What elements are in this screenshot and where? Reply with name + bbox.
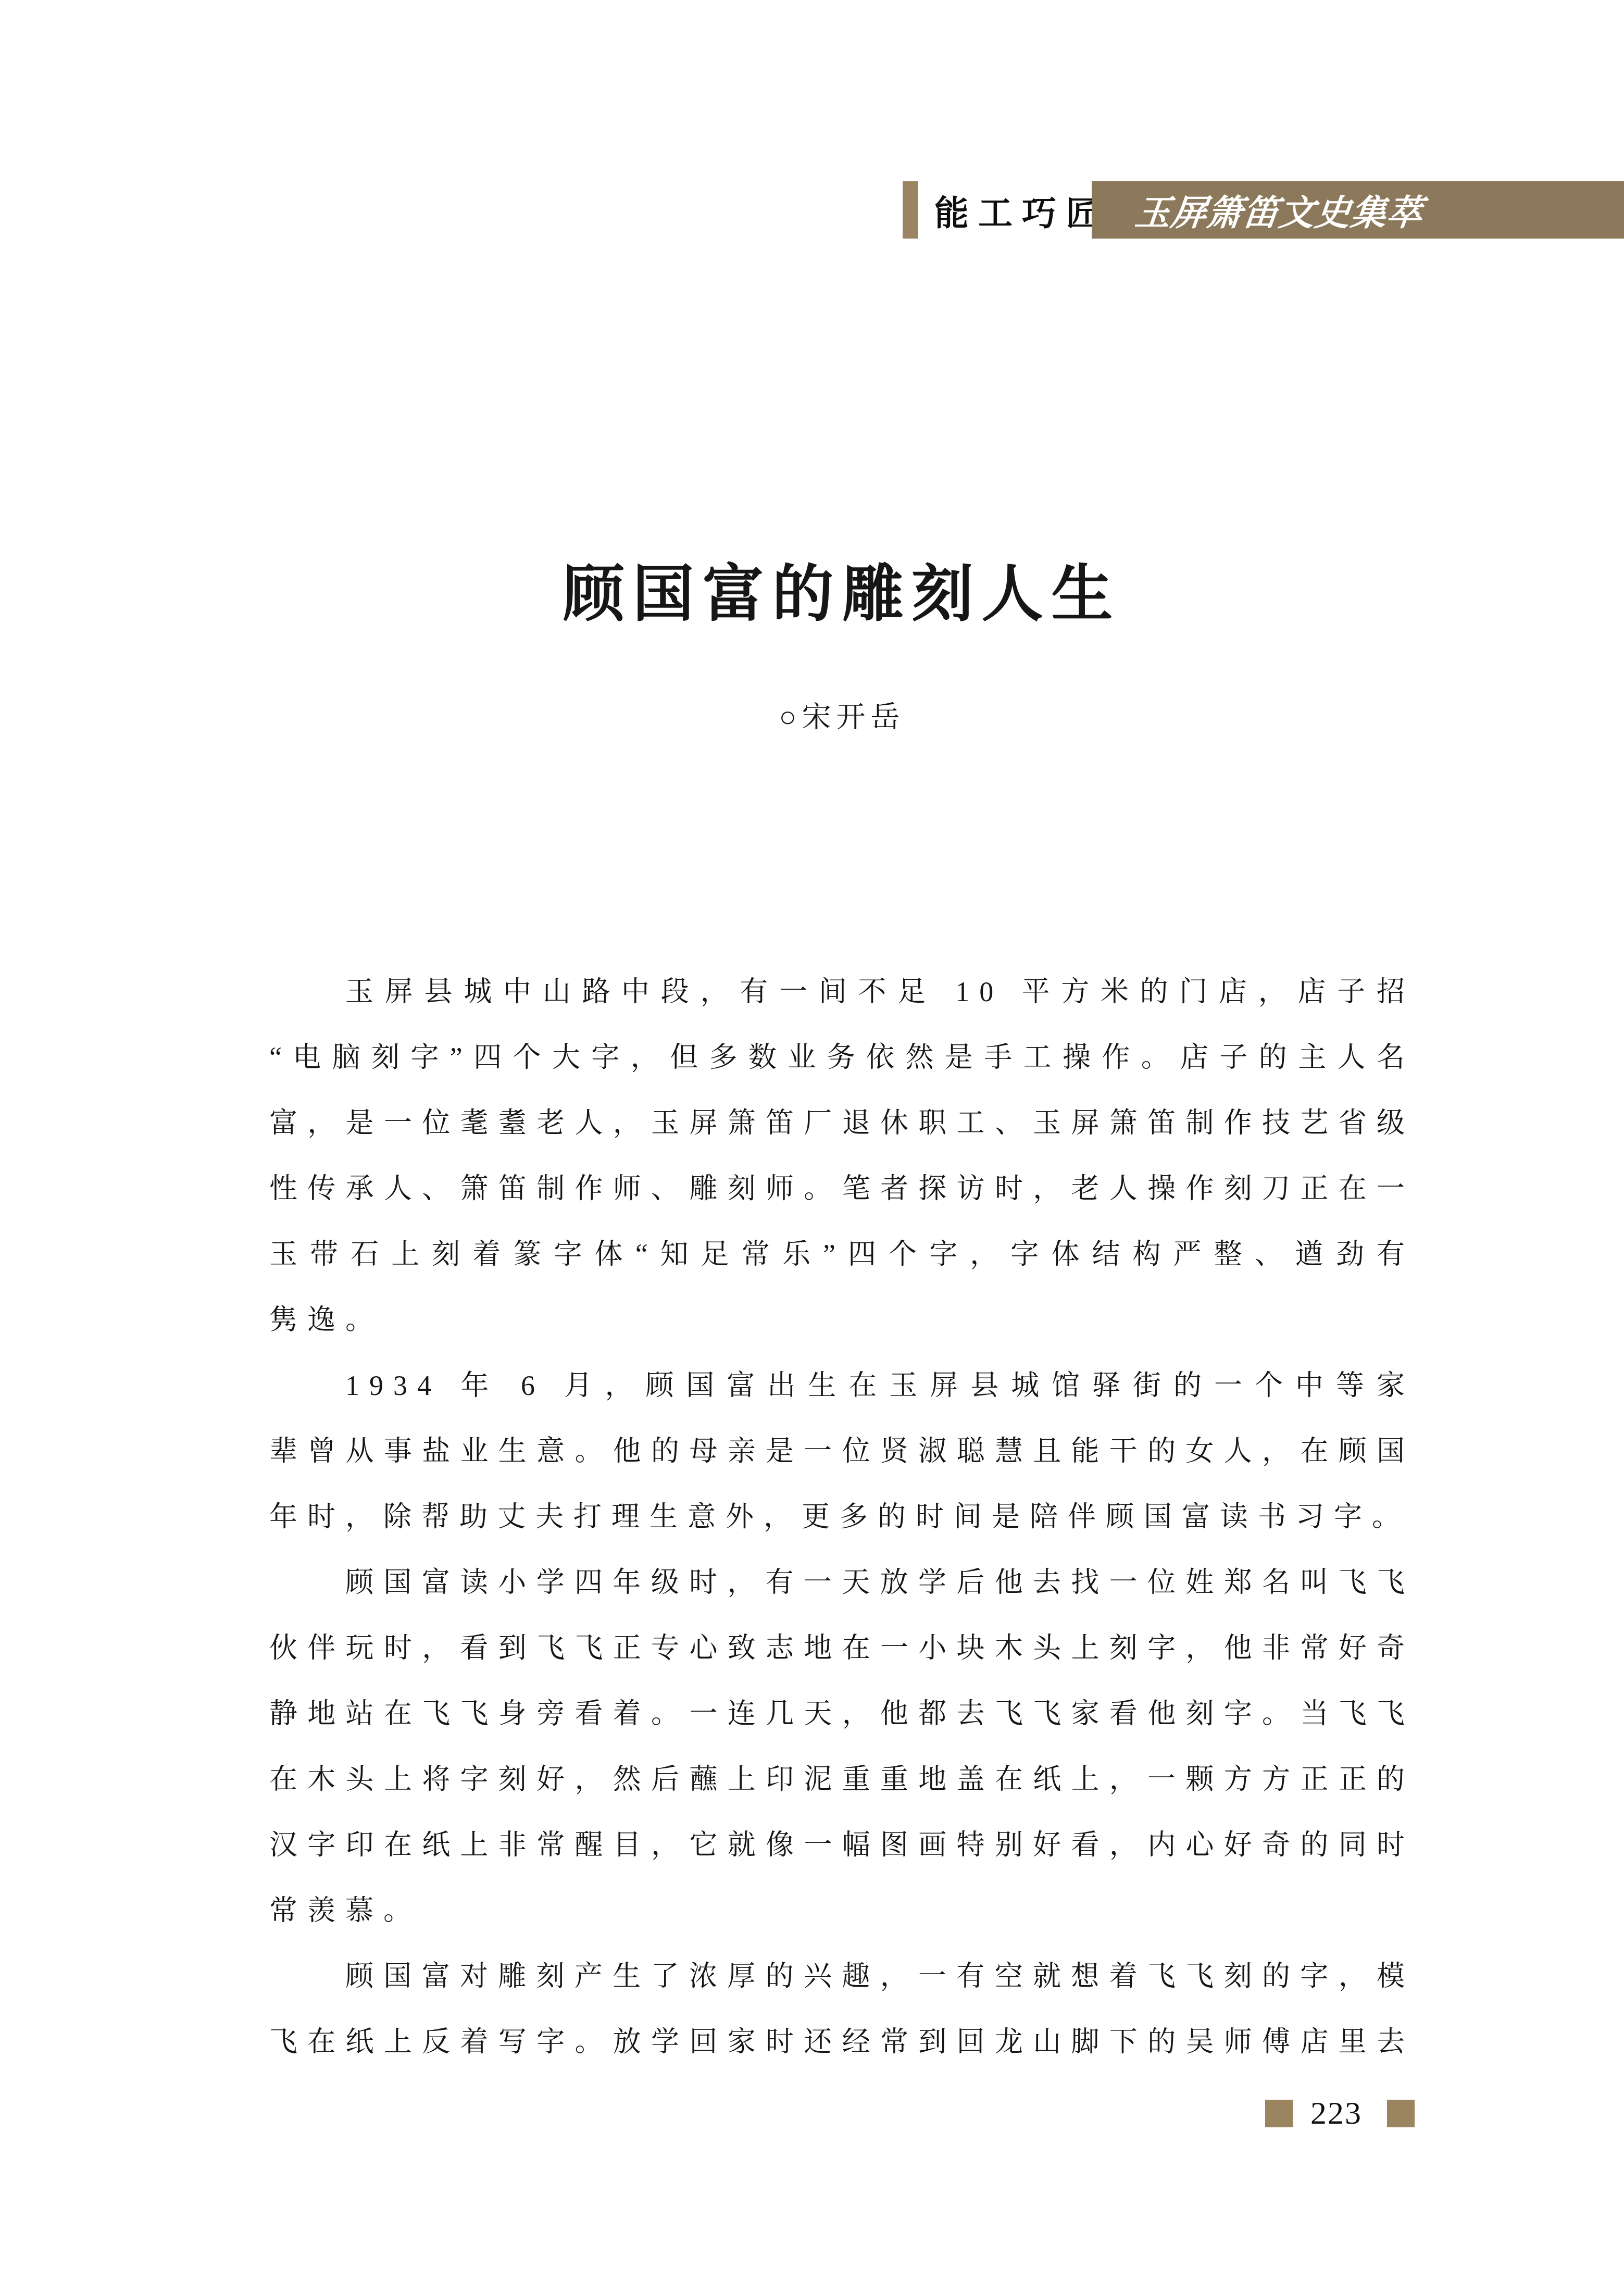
body-line: 年时，除帮助丈夫打理生意外，更多的时间是陪伴顾国富读书习字。 [269,1484,1415,1550]
page-number: 223 [1310,2098,1362,2128]
header-accent-bar [903,181,918,239]
body-line: “电脑刻字”四个大字，但多数业务依然是手工操作。店子的主人名叫顾国 [269,1025,1415,1090]
body-line: 在木头上将字刻好，然后蘸上印泥重重地盖在纸上，一颗方方正正的楷书 [269,1747,1415,1812]
body-line: 玉屏县城中山路中段，有一间不足 10 平方米的门店，店子招牌只有 [269,959,1415,1025]
author-marker: ○ [779,701,802,733]
body-line: 富，是一位耄耋老人，玉屏箫笛厂退休职工、玉屏箫笛制作技艺省级代表 [269,1090,1415,1156]
body-line: 飞在纸上反着写字。放学回家时还经常到回龙山脚下的吴师傅店里去观 [269,2009,1415,2075]
book-page: 能工巧匠 玉屏箫笛文史集萃 顾国富的雕刻人生 ○宋开岳 玉屏县城中山路中段，有一… [0,0,1624,2269]
footer-page-number-block: 223 [1265,2098,1415,2128]
header-banner: 玉屏箫笛文史集萃 [1092,181,1624,239]
body-line: 汉字印在纸上非常醒目，它就像一幅图画特别好看，内心好奇的同时也非 [269,1812,1415,1878]
body-line: 辈曾从事盐业生意。他的母亲是一位贤淑聪慧且能干的女人，在顾国富幼 [269,1418,1415,1484]
section-label: 能工巧匠 [934,181,1109,239]
body-line: 常羡慕。 [269,1878,1415,1943]
author-line: ○宋开岳 [269,700,1415,734]
body-line: 顾国富对雕刻产生了浓厚的兴趣，一有空就想着飞飞刻的字，模仿飞 [269,1943,1415,2009]
body-line: 伙伴玩时，看到飞飞正专心致志地在一小块木头上刻字，他非常好奇且静 [269,1615,1415,1681]
body-line: 静地站在飞飞身旁看着。一连几天，他都去飞飞家看他刻字。当飞飞终于 [269,1681,1415,1747]
body-line: 1934 年 6 月，顾国富出生在玉屏县城馆驿街的一个中等家庭。他的父 [269,1353,1415,1418]
page-number-right-square [1387,2100,1415,2127]
banner-title: 玉屏箫笛文史集萃 [1133,185,1426,235]
article-title: 顾国富的雕刻人生 [269,558,1415,631]
body-line: 隽逸。 [269,1287,1415,1353]
body-line: 性传承人、箫笛制作师、雕刻师。笔者探访时，老人操作刻刀正在一方紫袍 [269,1156,1415,1221]
body-line: 玉带石上刻着篆字体“知足常乐”四个字，字体结构严整、遒劲有力、神韵 [269,1221,1415,1287]
body-line: 顾国富读小学四年级时，有一天放学后他去找一位姓郑名叫飞飞的小 [269,1550,1415,1615]
page-number-left-square [1265,2100,1293,2127]
article-body: 玉屏县城中山路中段，有一间不足 10 平方米的门店，店子招牌只有 “电脑刻字”四… [269,959,1415,2075]
author-name: 宋开岳 [802,701,905,733]
